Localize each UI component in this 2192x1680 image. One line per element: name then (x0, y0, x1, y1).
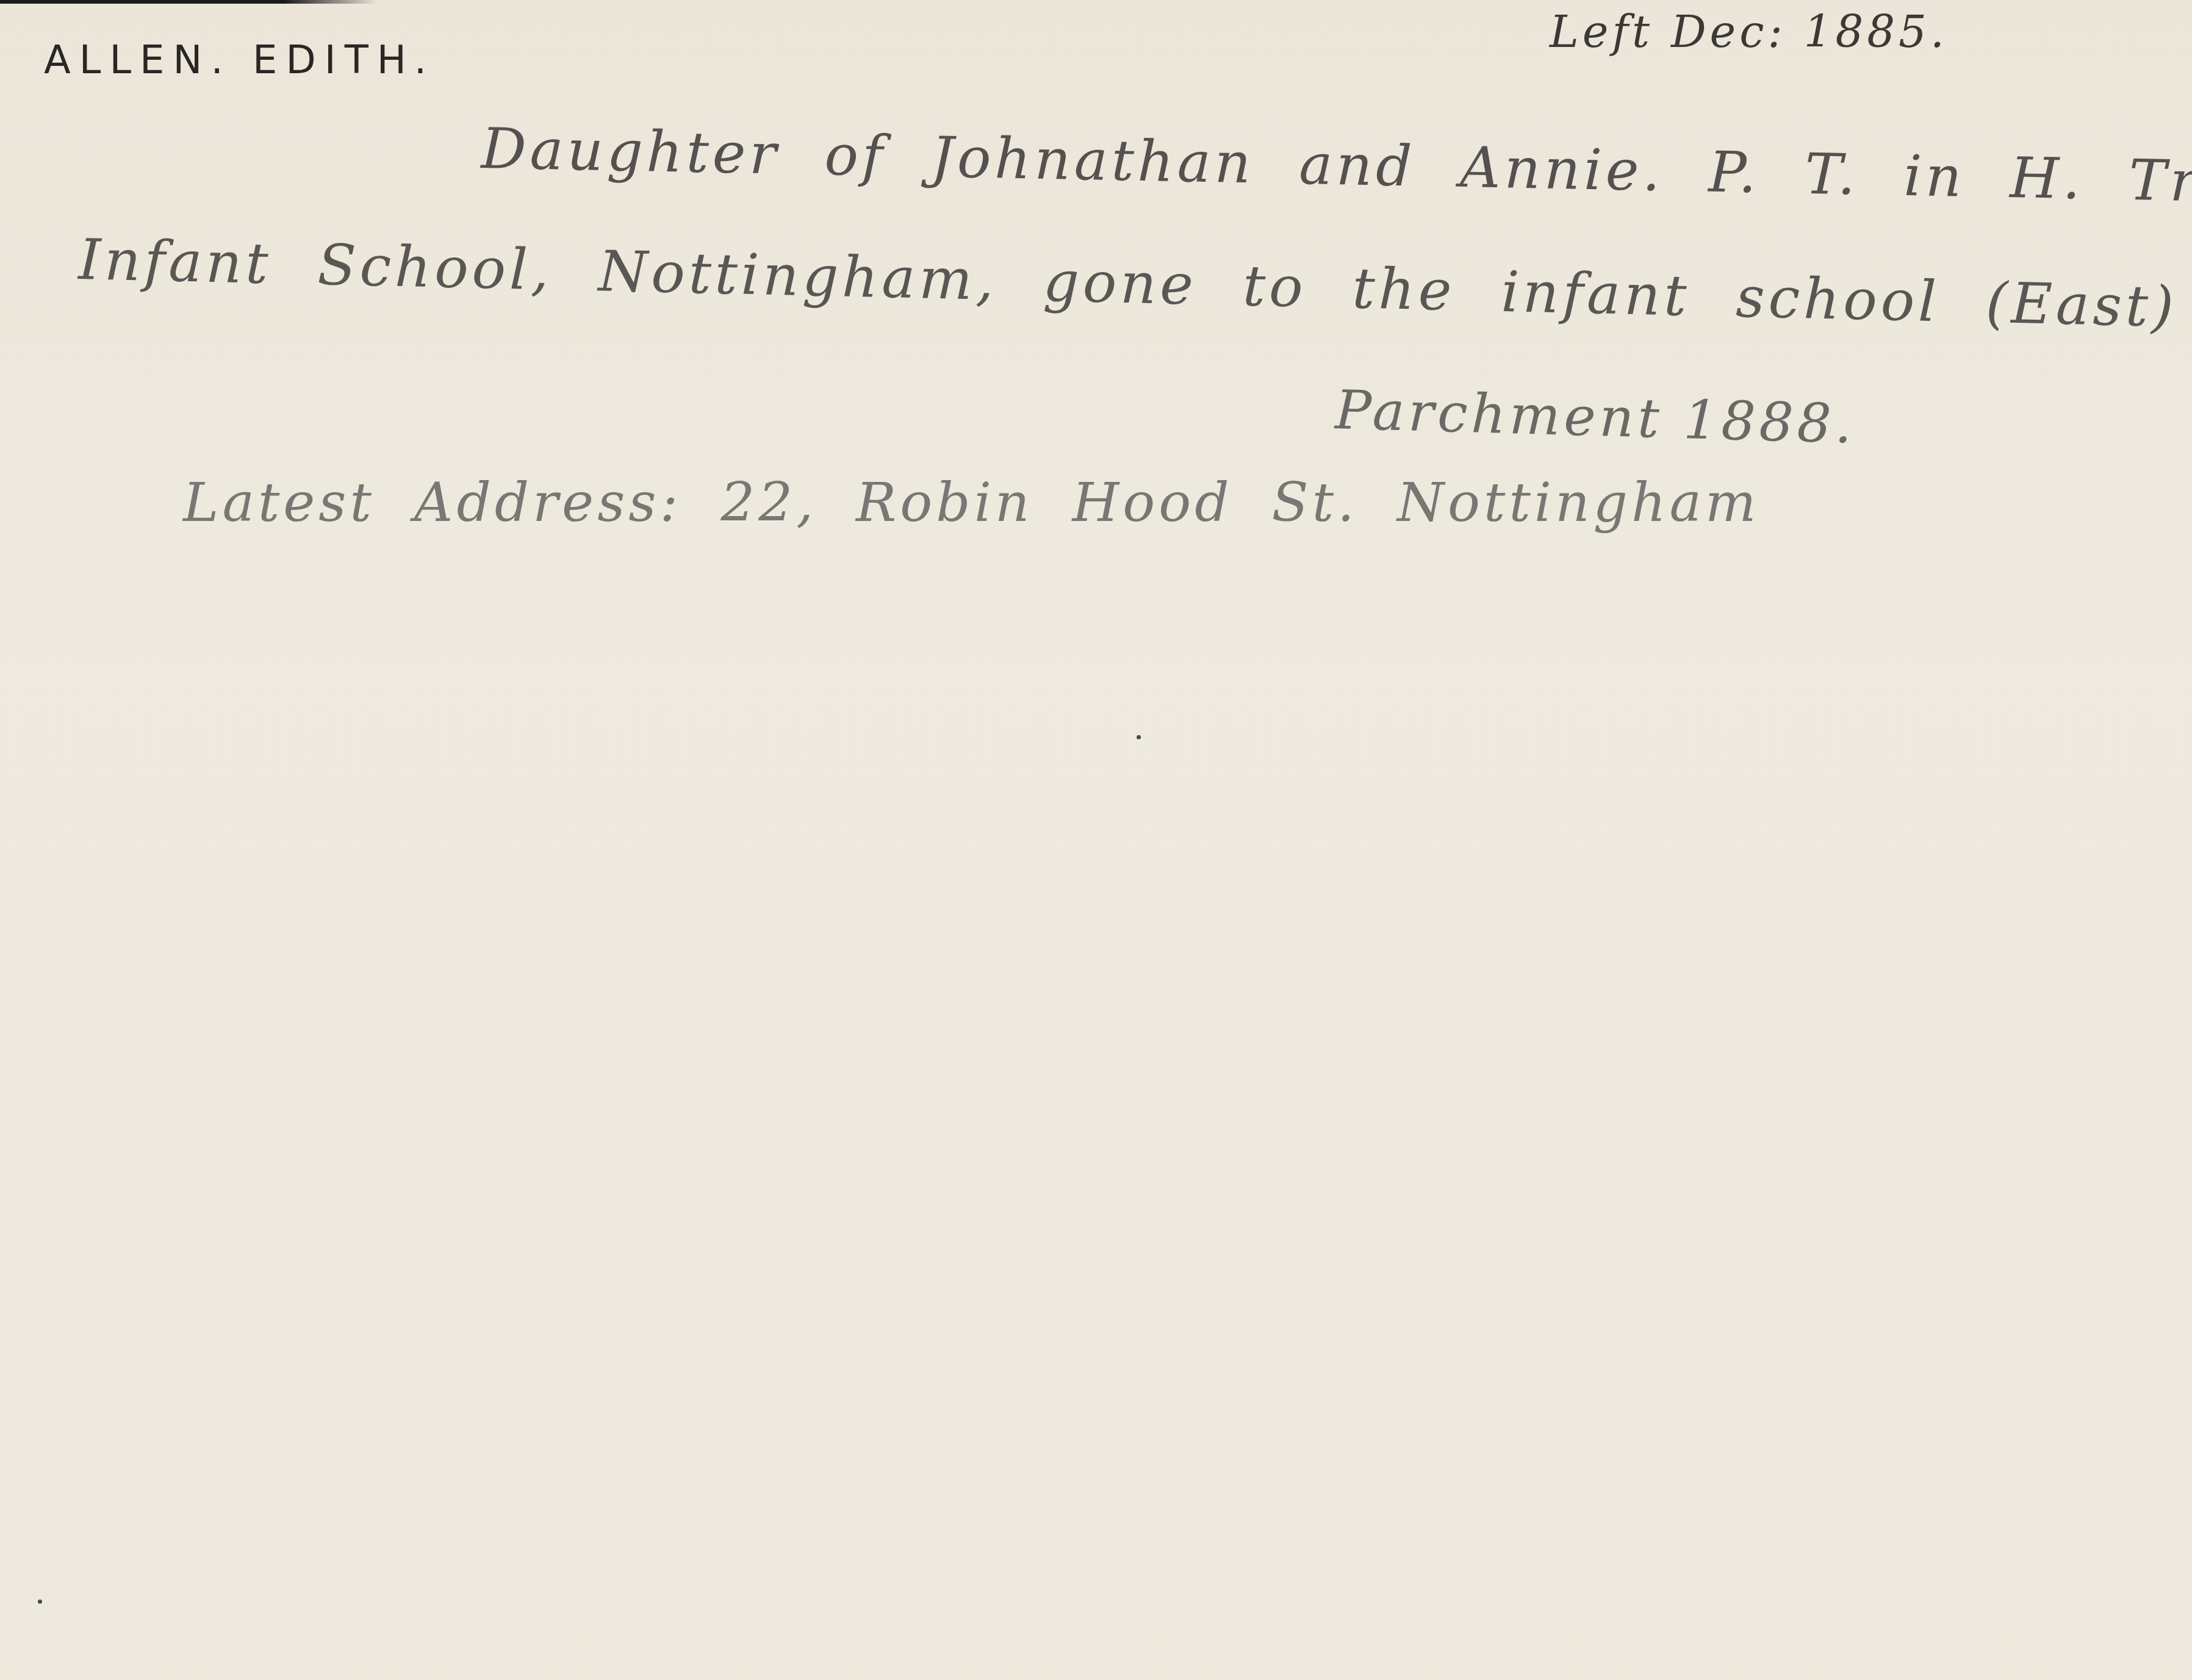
ink-speck (38, 1599, 42, 1604)
description-line-1: Daughter of Johnathan and Annie. P. T. i… (481, 116, 2192, 217)
latest-address-value: 22, Robin Hood St. Nottingham (720, 471, 1759, 534)
record-card: ALLEN. EDITH. Left Dec: 1885. Daughter o… (0, 0, 2192, 1680)
description-line-2: Infant School, Nottingham, gone to the i… (78, 227, 2192, 346)
latest-address: Latest Address: 22, Robin Hood St. Notti… (183, 471, 1760, 534)
parchment-note: Parchment 1888. (1334, 378, 1856, 456)
ink-speck (1137, 735, 1141, 739)
student-name: ALLEN. EDITH. (44, 38, 435, 83)
left-date: Left Dec: 1885. (1550, 6, 1948, 57)
scan-edge-shadow (0, 0, 378, 4)
latest-address-label: Latest Address: (183, 471, 681, 534)
